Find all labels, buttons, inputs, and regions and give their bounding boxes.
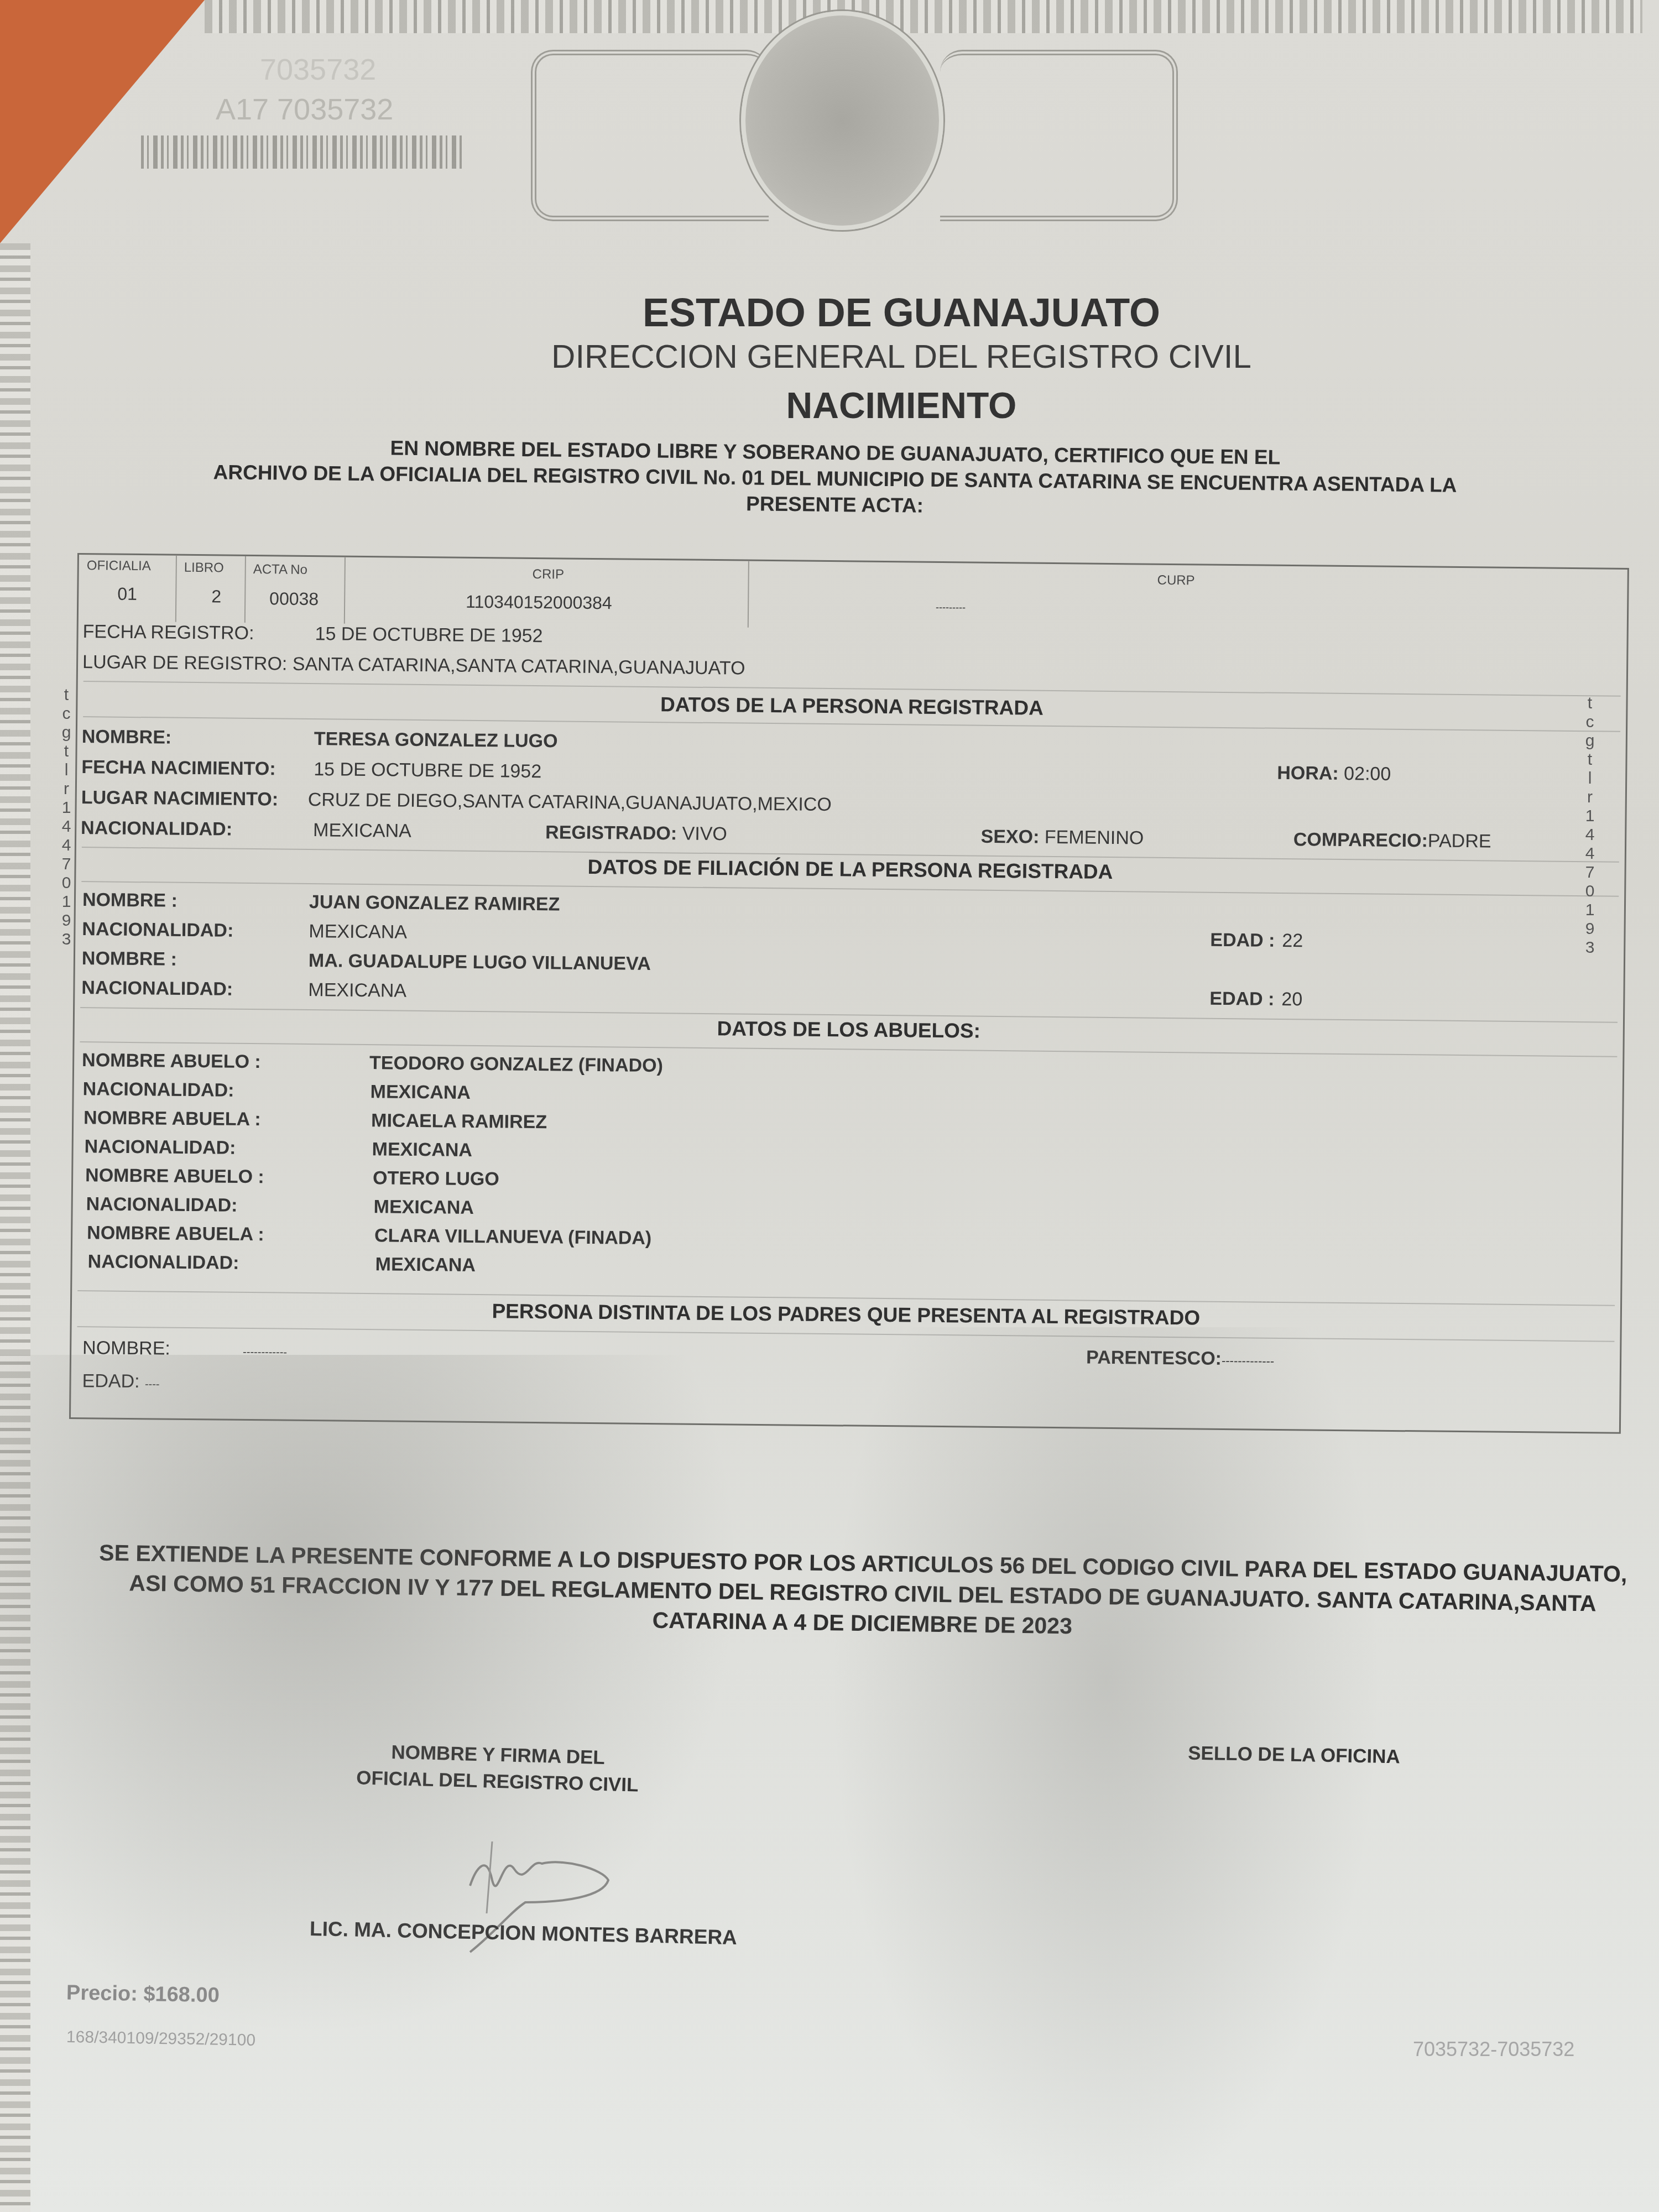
grandparents-list: NOMBRE ABUELO :TEODORO GONZALEZ (FINADO)… xyxy=(79,555,1627,570)
hora-row: HORA: 02:00 xyxy=(1277,763,1391,785)
value: TEODORO GONZALEZ (FINADO) xyxy=(369,1052,663,1077)
value: 15 DE OCTUBRE DE 1952 xyxy=(315,623,542,647)
value: ---- xyxy=(145,1378,160,1391)
value: 22 xyxy=(1282,930,1303,952)
lugar-nacimiento-row: LUGAR NACIMIENTO:CRUZ DE DIEGO,SANTA CAT… xyxy=(81,787,832,816)
column-libro-label: LIBRO xyxy=(184,560,224,576)
side-code-char: l xyxy=(58,761,75,780)
side-code-char: 4 xyxy=(58,817,75,836)
value: 02:00 xyxy=(1344,763,1391,785)
value: MEXICANA xyxy=(375,1254,476,1276)
divider xyxy=(175,556,177,622)
label: REGISTRADO: xyxy=(545,822,677,844)
value: 15 DE OCTUBRE DE 1952 xyxy=(314,759,541,782)
label: NOMBRE : xyxy=(82,889,309,913)
grandparent-row: NOMBRE ABUELA :CLARA VILLANUEVA (FINADA) xyxy=(87,1222,651,1249)
value: 20 xyxy=(1281,989,1302,1010)
value: JUAN GONZALEZ RAMIREZ xyxy=(309,891,560,915)
label: EDAD : xyxy=(1210,930,1282,952)
value: PADRE xyxy=(1428,830,1491,852)
column-curp-label: CURP xyxy=(1157,573,1194,589)
birth-certificate-paper: 7035732 A17 7035732 ESTADO DE GUANAJUATO… xyxy=(0,0,1659,2212)
label: NACIONALIDAD: xyxy=(88,1251,375,1275)
column-oficialia-label: OFICIALIA xyxy=(87,558,151,574)
side-code-char: 0 xyxy=(58,874,75,893)
grandparent-row: NACIONALIDAD:MEXICANA xyxy=(85,1136,473,1161)
official-signature-label: NOMBRE Y FIRMA DEL OFICIAL DEL REGISTRO … xyxy=(342,1738,653,1799)
fecha-nacimiento-row: FECHA NACIMIENTO:15 DE OCTUBRE DE 1952 xyxy=(81,757,541,782)
value: VIVO xyxy=(682,823,980,848)
national-seal-icon xyxy=(741,11,943,230)
grandparent-row: NACIONALIDAD:MEXICANA xyxy=(88,1251,476,1276)
side-code-char: 1 xyxy=(58,799,75,817)
label: NOMBRE ABUELO : xyxy=(82,1050,369,1074)
value: MEXICANA xyxy=(370,1081,471,1104)
side-code-char: 3 xyxy=(58,930,75,949)
label: COMPARECIO: xyxy=(1293,829,1428,852)
label: NOMBRE: xyxy=(82,1337,243,1360)
ornament-right-icon xyxy=(940,50,1178,221)
mother-name-row: NOMBRE :MA. GUADALUPE LUGO VILLANUEVA xyxy=(82,948,651,975)
divider xyxy=(748,561,749,628)
presenter-age-row: EDAD: ---- xyxy=(82,1370,159,1392)
column-libro-value: 2 xyxy=(211,586,221,607)
father-nationality-row: NACIONALIDAD:MEXICANAEDAD :22 xyxy=(82,919,1303,952)
shadow xyxy=(0,1355,774,2074)
lugar-registro-row: LUGAR DE REGISTRO: SANTA CATARINA,SANTA … xyxy=(82,651,745,680)
value: TERESA GONZALEZ LUGO xyxy=(314,728,558,752)
value: MICAELA RAMIREZ xyxy=(371,1110,547,1133)
folio-range: 7035732-7035732 xyxy=(1413,2038,1574,2061)
record-table: OFICIALIA 01 LIBRO 2 ACTA No 00038 CRIP … xyxy=(69,553,1629,1434)
label: NACIONALIDAD: xyxy=(82,919,309,942)
nacionalidad-row: NACIONALIDAD:MEXICANAREGISTRADO: VIVOSEX… xyxy=(81,817,1491,852)
side-code-char: t xyxy=(58,686,75,705)
state-title: ESTADO DE GUANAJUATO xyxy=(0,290,1659,336)
ornamental-border-top xyxy=(205,0,1642,33)
label: NACIONALIDAD: xyxy=(85,1136,372,1160)
label: PARENTESCO: xyxy=(1086,1347,1222,1370)
value: MEXICANA xyxy=(372,1139,472,1161)
label: LUGAR DE REGISTRO: xyxy=(82,651,288,675)
grandparent-row: NACIONALIDAD:MEXICANA xyxy=(83,1078,471,1104)
side-code-char: 1 xyxy=(58,893,75,911)
side-code-char: 4 xyxy=(58,836,75,855)
mother-nationality-row: NACIONALIDAD:MEXICANAEDAD :20 xyxy=(81,977,1302,1010)
grandparent-row: NOMBRE ABUELO :OTERO LUGO xyxy=(85,1165,499,1190)
label: NACIONALIDAD: xyxy=(81,817,313,841)
label: NOMBRE : xyxy=(82,948,309,972)
value: CLARA VILLANUEVA (FINADA) xyxy=(374,1225,651,1249)
column-oficialia-value: 01 xyxy=(117,584,137,604)
value: MA. GUADALUPE LUGO VILLANUEVA xyxy=(309,950,651,975)
grandparent-row: NACIONALIDAD:MEXICANA xyxy=(86,1193,474,1219)
label: LUGAR NACIMIENTO: xyxy=(81,787,308,811)
label: HORA: xyxy=(1277,763,1339,785)
value: MEXICANA xyxy=(309,921,1210,951)
column-crip-label: CRIP xyxy=(533,567,565,583)
value: MEXICANA xyxy=(373,1196,474,1219)
reference-number: 168/340109/29352/29100 xyxy=(66,2028,256,2050)
grandparent-row: NOMBRE ABUELO :TEODORO GONZALEZ (FINADO) xyxy=(82,1050,663,1077)
side-code-char: c xyxy=(58,705,75,723)
fecha-registro-row: FECHA REGISTRO:15 DE OCTUBRE DE 1952 xyxy=(82,621,542,647)
office-seal-label: SELLO DE LA OFICINA xyxy=(1128,1739,1460,1771)
value: ------------ xyxy=(243,1346,287,1359)
label: NOMBRE ABUELO : xyxy=(85,1165,373,1189)
label: FECHA REGISTRO: xyxy=(82,621,315,645)
label: SEXO: xyxy=(980,826,1039,848)
barcode xyxy=(141,135,462,169)
ornament-left-icon xyxy=(531,50,769,221)
price: Precio: $168.00 xyxy=(66,1981,220,2008)
side-code-char: g xyxy=(58,723,75,742)
document-type: NACIMIENTO xyxy=(0,384,1659,426)
label: NOMBRE ABUELA : xyxy=(87,1222,374,1246)
legal-statement: SE EXTIENDE LA PRESENTE CONFORME A LO DI… xyxy=(77,1537,1648,1649)
value: ------------- xyxy=(1222,1354,1274,1369)
value: OTERO LUGO xyxy=(373,1167,499,1190)
agency-title: DIRECCION GENERAL DEL REGISTRO CIVIL xyxy=(0,337,1659,375)
value: SANTA CATARINA,SANTA CATARINA,GUANAJUATO xyxy=(293,654,745,680)
value: FEMENINO xyxy=(1045,827,1293,851)
divider xyxy=(244,556,246,623)
father-name-row: NOMBRE :JUAN GONZALEZ RAMIREZ xyxy=(82,889,560,915)
side-code-char: t xyxy=(58,742,75,761)
label: NOMBRE ABUELA : xyxy=(84,1107,371,1131)
grandparent-row: NOMBRE ABUELA :MICAELA RAMIREZ xyxy=(84,1107,547,1133)
label: NACIONALIDAD: xyxy=(81,977,308,1001)
officer-name: LIC. MA. CONCEPCION MONTES BARRERA xyxy=(310,1917,738,1949)
divider xyxy=(344,557,346,624)
value: MEXICANA xyxy=(308,979,1209,1010)
column-acta-value: 00038 xyxy=(269,588,319,609)
label: NOMBRE: xyxy=(82,726,314,750)
value: MEXICANA xyxy=(313,820,545,843)
presenter-parentesco-row: PARENTESCO:------------- xyxy=(1086,1347,1275,1370)
label: NACIONALIDAD: xyxy=(86,1193,374,1218)
side-code-char: 9 xyxy=(58,911,75,930)
side-code-left: tcgtlr14470193 xyxy=(58,686,75,949)
label: FECHA NACIMIENTO: xyxy=(81,757,314,780)
label: EDAD: xyxy=(82,1370,139,1392)
column-crip-value: 110340152000384 xyxy=(466,592,612,614)
column-curp-value: --------- xyxy=(936,602,966,614)
side-code-char: 7 xyxy=(58,855,75,874)
side-code-char: r xyxy=(58,780,75,799)
shadow xyxy=(830,1327,1383,2212)
column-acta-label: ACTA No xyxy=(253,562,308,578)
ornamental-border-left xyxy=(0,243,30,2212)
presenter-name-row: NOMBRE:------------ xyxy=(82,1337,287,1361)
value: CRUZ DE DIEGO,SANTA CATARINA,GUANAJUATO,… xyxy=(308,789,832,816)
nombre-row: NOMBRE:TERESA GONZALEZ LUGO xyxy=(82,726,558,752)
certification-intro: EN NOMBRE DEL ESTADO LIBRE Y SOBERANO DE… xyxy=(143,432,1526,525)
label: EDAD : xyxy=(1209,988,1281,1010)
serial-number: 7035732 A17 7035732 xyxy=(216,50,393,129)
label: NACIONALIDAD: xyxy=(83,1078,371,1103)
